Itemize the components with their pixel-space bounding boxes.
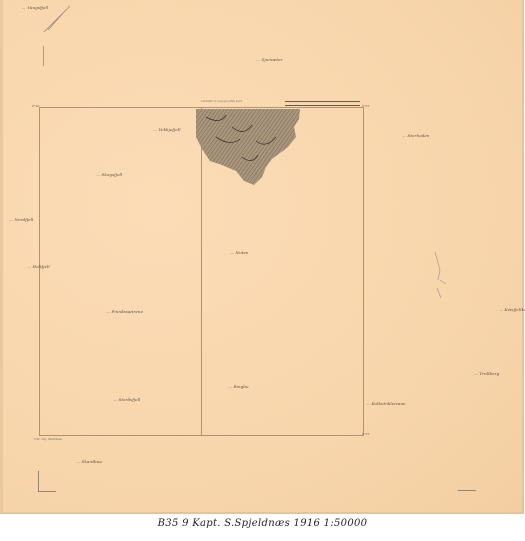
- scale-bar: [285, 101, 360, 106]
- pencil-tick: [43, 46, 44, 66]
- topographic-relief-patch: [196, 107, 300, 185]
- crop-mark-bottom-left: [38, 471, 56, 492]
- pencil-annotation-right: [432, 250, 452, 300]
- corner-note-bottom-right: 8°55': [362, 432, 370, 436]
- map-sheet: 8°40' 8°55' Y.W. org. Meridian 8°55' Uds…: [0, 0, 524, 514]
- corner-note-bottom-left: Y.W. org. Meridian: [34, 437, 62, 441]
- place-label: Trollberg: [474, 371, 499, 376]
- place-label: Storåsfjell: [113, 397, 140, 402]
- place-label: Skogsfjell: [96, 172, 122, 177]
- place-label: Nuten: [230, 250, 249, 255]
- place-label: Vangsfjell: [22, 5, 48, 10]
- place-label: Storhoden: [402, 133, 430, 138]
- place-label: Vekkjefjell: [153, 127, 181, 132]
- place-label: Nordfjell: [9, 217, 33, 222]
- place-label: Kolbotnkleivane: [366, 401, 406, 406]
- corner-note-top-right: 8°55': [362, 104, 370, 108]
- sheet-edge: [0, 0, 3, 512]
- place-label: Kvisfjellkam: [499, 307, 525, 312]
- corner-note-top-left: 8°40': [32, 104, 40, 108]
- map-caption: B35 9 Kapt. S.Spjeldnæs 1916 1:50000: [0, 518, 525, 529]
- place-label: Finnåssætrene: [106, 309, 143, 314]
- place-label: Sjursæter: [256, 57, 283, 62]
- place-label: Holtfjell: [27, 264, 50, 269]
- place-label: Ringbu: [228, 384, 249, 389]
- crop-mark-bottom-right: [458, 490, 476, 491]
- map-header-note: Udsnitt av topografisk kart: [201, 99, 242, 103]
- place-label: Skardbua: [76, 459, 102, 464]
